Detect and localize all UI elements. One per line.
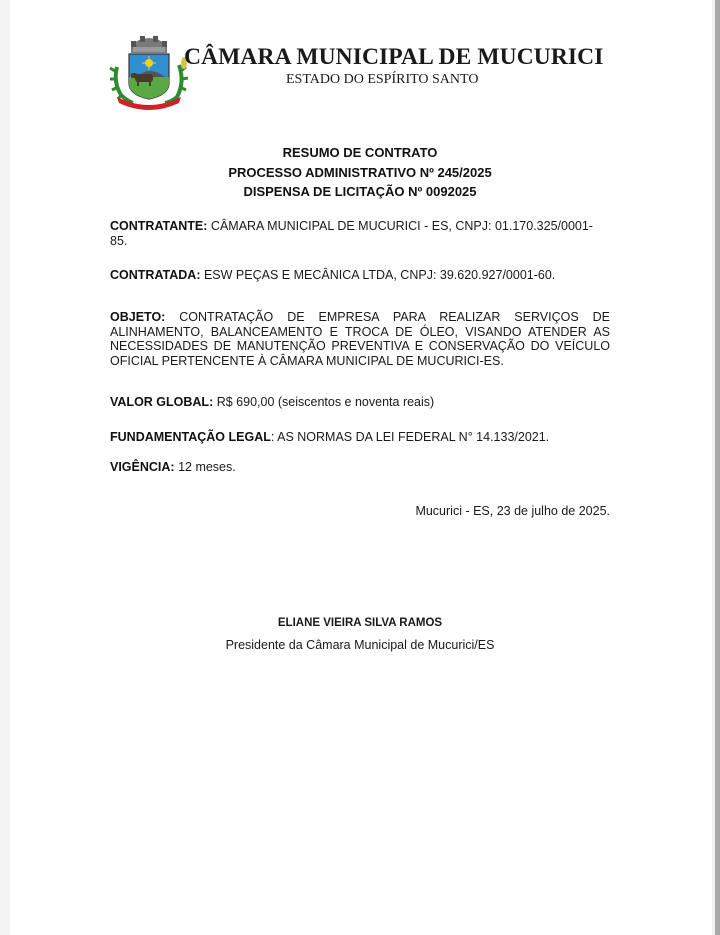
legal-basis-value: : AS NORMAS DA LEI FEDERAL N° 14.133/202… [271,430,549,444]
bid-waiver-title: DISPENSA DE LICITAÇÃO Nº 0092025 [10,182,710,202]
contract-object: OBJETO: CONTRATAÇÃO DE EMPRESA PARA REAL… [110,310,610,368]
letterhead: CÂMARA MUNICIPAL DE MUCURICI ESTADO DO E… [10,0,712,120]
vertical-scrollbar[interactable] [715,0,720,935]
validity: VIGÊNCIA: 12 meses. [110,460,610,475]
signatory-name: ELIANE VIEIRA SILVA RAMOS [10,617,710,629]
validity-value: 12 meses. [175,460,236,474]
coat-of-arms-icon [109,27,189,113]
document-page: CÂMARA MUNICIPAL DE MUCURICI ESTADO DO E… [10,0,712,935]
contract-summary-title: RESUMO DE CONTRATO [10,143,710,163]
global-value-label: VALOR GLOBAL: [110,395,213,409]
contracting-party: CONTRATANTE: CÂMARA MUNICIPAL DE MUCURIC… [110,219,610,249]
contracted-party-label: CONTRATADA: [110,268,201,282]
document-viewer: CÂMARA MUNICIPAL DE MUCURICI ESTADO DO E… [0,0,720,935]
global-value: VALOR GLOBAL: R$ 690,00 (seiscentos e no… [110,395,610,410]
global-value-amount: R$ 690,00 (seiscentos e noventa reais) [213,395,434,409]
contracted-party-value: ESW PEÇAS E MECÂNICA LTDA, CNPJ: 39.620.… [201,268,556,282]
legal-basis-label: FUNDAMENTAÇÃO LEGAL [110,430,271,444]
place-and-date: Mucurici - ES, 23 de julho de 2025. [110,504,610,519]
legal-basis: FUNDAMENTAÇÃO LEGAL: AS NORMAS DA LEI FE… [110,430,610,445]
contracted-party: CONTRATADA: ESW PEÇAS E MECÂNICA LTDA, C… [110,268,610,283]
contract-object-value: CONTRATAÇÃO DE EMPRESA PARA REALIZAR SER… [110,310,610,368]
state-name: ESTADO DO ESPÍRITO SANTO [286,72,478,88]
signatory-role: Presidente da Câmara Municipal de Mucuri… [10,638,710,652]
contract-object-label: OBJETO: [110,310,165,324]
administrative-process-title: PROCESSO ADMINISTRATIVO Nº 245/2025 [10,163,710,183]
validity-label: VIGÊNCIA: [110,460,175,474]
document-titles: RESUMO DE CONTRATO PROCESSO ADMINISTRATI… [10,143,710,202]
contracting-party-label: CONTRATANTE: [110,219,207,233]
institution-name: CÂMARA MUNICIPAL DE MUCURICI [184,44,603,71]
